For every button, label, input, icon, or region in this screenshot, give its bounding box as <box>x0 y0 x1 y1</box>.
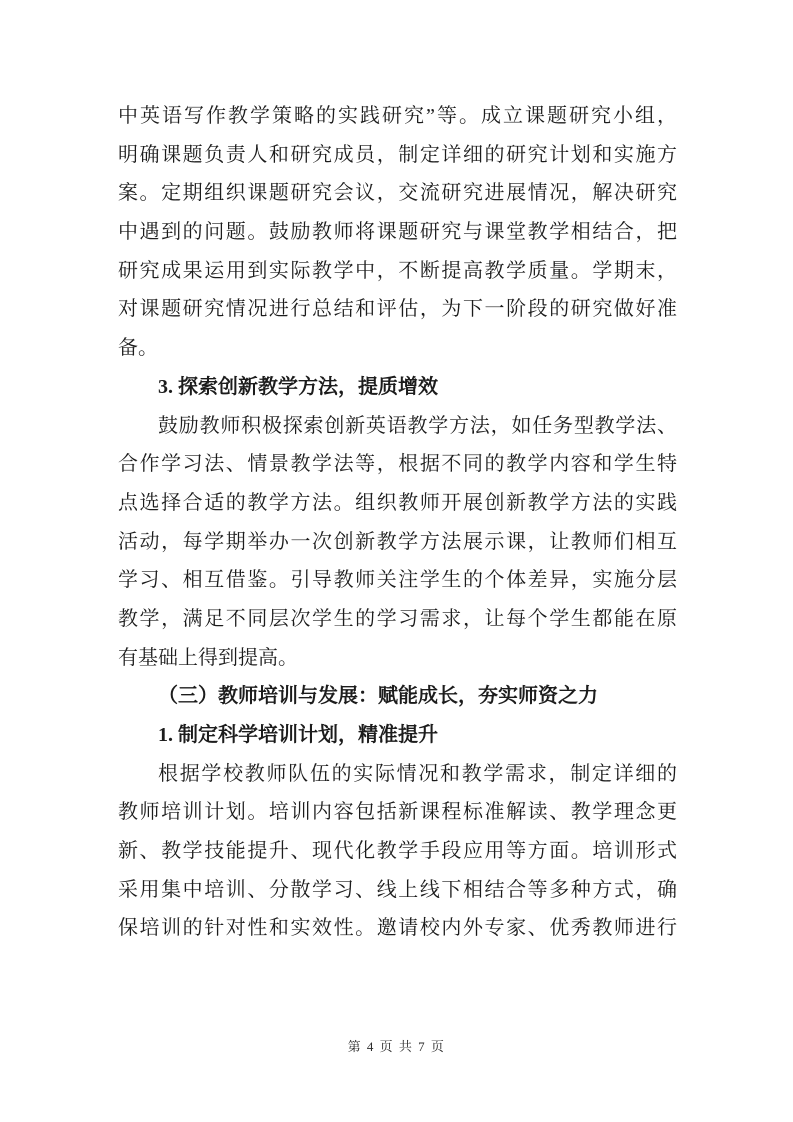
paragraph-line: 鼓励教师积极探索创新英语教学方法，如任务型教学法、 <box>118 407 677 446</box>
paragraph-line: 合作学习法、情景教学法等，根据不同的教学内容和学生特 <box>118 445 677 484</box>
heading-line: 3. 探索创新教学方法，提质增效 <box>118 368 677 407</box>
heading-line: （三）教师培训与发展：赋能成长，夯实师资之力 <box>118 677 677 716</box>
paragraph-line: 明确课题负责人和研究成员，制定详细的研究计划和实施方 <box>118 136 677 175</box>
paragraph-line: 备。 <box>118 329 677 368</box>
document-page: 中英语写作教学策略的实践研究”等。成立课题研究小组，明确课题负责人和研究成员，制… <box>0 0 793 1122</box>
paragraph-line: 学习、相互借鉴。引导教师关注学生的个体差异，实施分层 <box>118 561 677 600</box>
paragraph-line: 对课题研究情况进行总结和评估，为下一阶段的研究做好准 <box>118 290 677 329</box>
paragraph-line: 点选择合适的教学方法。组织教师开展创新教学方法的实践 <box>118 484 677 523</box>
paragraph-line: 保培训的针对性和实效性。邀请校内外专家、优秀教师进行 <box>118 909 677 948</box>
paragraph-line: 活动，每学期举办一次创新教学方法展示课，让教师们相互 <box>118 523 677 562</box>
paragraph-line: 教师培训计划。培训内容包括新课程标准解读、教学理念更 <box>118 793 677 832</box>
document-body: 中英语写作教学策略的实践研究”等。成立课题研究小组，明确课题负责人和研究成员，制… <box>118 97 677 948</box>
paragraph-line: 有基础上得到提高。 <box>118 639 677 678</box>
paragraph-line: 案。定期组织课题研究会议，交流研究进展情况，解决研究 <box>118 174 677 213</box>
paragraph-line: 教学，满足不同层次学生的学习需求，让每个学生都能在原 <box>118 600 677 639</box>
paragraph-line: 新、教学技能提升、现代化教学手段应用等方面。培训形式 <box>118 832 677 871</box>
paragraph-line: 中英语写作教学策略的实践研究”等。成立课题研究小组， <box>118 97 677 136</box>
page-footer: 第 4 页 共 7 页 <box>0 1036 793 1055</box>
paragraph-line: 研究成果运用到实际教学中，不断提高教学质量。学期末， <box>118 252 677 291</box>
paragraph-line: 根据学校教师队伍的实际情况和教学需求，制定详细的 <box>118 755 677 794</box>
heading-line: 1. 制定科学培训计划，精准提升 <box>118 716 677 755</box>
paragraph-line: 采用集中培训、分散学习、线上线下相结合等多种方式，确 <box>118 871 677 910</box>
paragraph-line: 中遇到的问题。鼓励教师将课题研究与课堂教学相结合，把 <box>118 213 677 252</box>
